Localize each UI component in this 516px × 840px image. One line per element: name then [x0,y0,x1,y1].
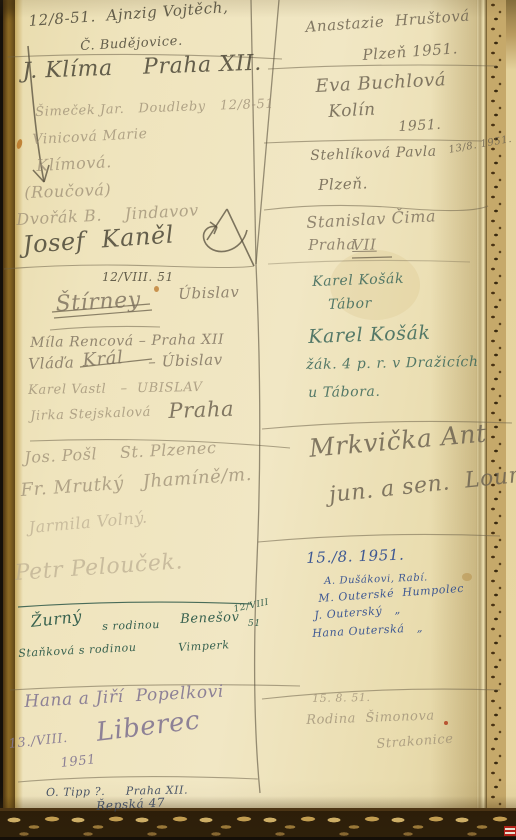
entry-kosak2-note: žák. 4 p. r. v Dražicích [306,355,479,373]
entry-zurny-place: Benešov [180,611,240,627]
paper-stain [444,721,448,725]
binding-edge [3,0,15,840]
entry-stirney: Štírney [55,289,141,317]
entry-roucova: (Roučová) [24,182,112,202]
entry-stehlikova-place: Plzeň. [318,176,368,193]
entry-kosak2: Karel Košák [308,324,431,348]
scanner-corner-mark [504,826,516,836]
entry-kral-first: Vláďa [28,355,75,372]
bottom-page-edges [0,808,516,840]
entry-kosak1: Karel Košák [312,272,404,290]
page-crease [476,0,487,812]
entry-zurny-year: 51 [248,620,261,629]
entry-cima-district: VII [352,238,377,254]
entry-kral-place: – Úbislav [148,352,223,370]
entry-vastl: Karel Vastl – UBISLAV [28,381,203,398]
entry-stejskalova-place: Praha [168,398,234,422]
entry-stankova-place: Vimperk [178,639,230,653]
paper-stain [462,573,472,581]
paper-stain [154,286,159,292]
entry-kosak2-note2: u Tábora. [308,385,381,401]
guestbook-scan: 12/8-51. Ajnzig Vojtěch, Č. Budějovice. … [0,0,516,840]
fore-edge-pages [487,0,506,816]
entry-buchlova-place: Kolín [328,102,376,122]
entry-kral-name: Král [82,349,124,371]
entry-date-12-viii: 12/VIII. 51 [102,271,174,284]
entry-buchlova-year: 1951. [398,118,442,135]
entry-tipp: O. Tipp ?. Praha XII. [46,785,188,799]
binding-inner-shadow [15,0,23,840]
entry-kosak1-place: Tábor [328,296,372,312]
entry-rencova: Míla Rencová – Praha XII [30,333,224,351]
entry-zurny-with-family: s rodinou [102,619,160,633]
entry-date-15-8-1951: 15./8. 1951. [306,548,405,567]
outer-page-edge [506,0,516,840]
entry-date-15-8-51: 15. 8. 51. [312,692,371,705]
entry-stirney-place: Úbislav [178,285,240,303]
